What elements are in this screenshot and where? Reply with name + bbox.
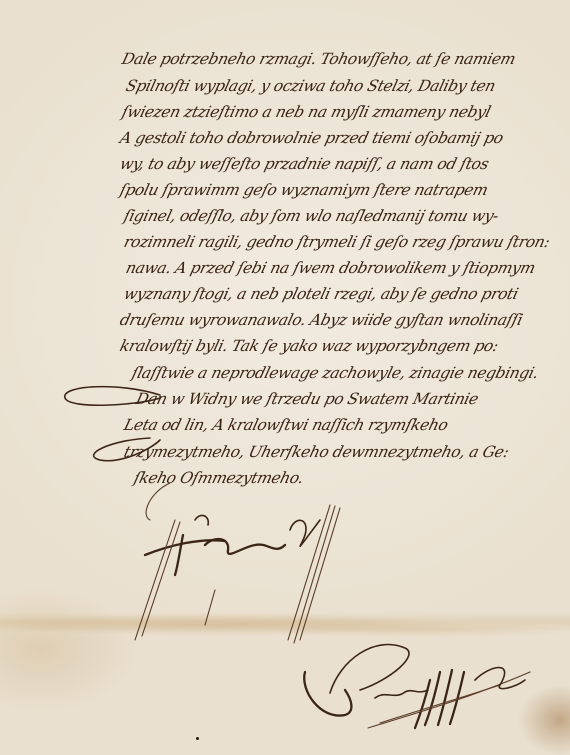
letter-line: Spilnoſti wyplagi, y ocziwa toho Stelzi,… — [124, 77, 497, 95]
letter-line: wyznany ſtogi, a neb ploteli rzegi, aby … — [122, 285, 520, 303]
dating-line: ſkeho Oſmmezytmeho. — [132, 469, 305, 487]
letter-line: kralowſtij byli. Tak ſe yako waz wyporzy… — [118, 337, 500, 355]
dating-line: trzymezytmeho, Uherſkeho dewmnezytmeho, … — [122, 443, 511, 461]
dating-line: Leta od lin, A kralowſtwi naſſich rzymſk… — [122, 416, 450, 434]
letter-line: druſemu wyrowanawalo. Abyz wiide gyſtan … — [118, 311, 524, 329]
ink-speck — [196, 737, 199, 740]
secretary-signature — [304, 644, 530, 728]
dating-line: Dan w Widny we ſtrzedu po Swatem Martini… — [134, 390, 480, 408]
letter-line: ſpolu ſprawimm geſo wyznamiym ſtere natr… — [118, 181, 490, 199]
letter-line: ſiginel, odeſſlo, aby ſom wlo naſledmani… — [122, 207, 500, 225]
letter-line: ſlaſſtwie a neprodlewage zachowyle, zina… — [130, 364, 540, 382]
letter-line: nawa. A przed ſebi na ſwem dobrowolikem … — [124, 259, 537, 277]
letter-body: Dale potrzebneho rzmagi. Tohowſſeho, at … — [0, 0, 570, 520]
letter-line: Dale potrzebneho rzmagi. Tohowſſeho, at … — [120, 50, 517, 68]
letter-line: ſwiezen ztzieſtimo a neb na myſli zmamen… — [120, 103, 492, 121]
letter-line: wy, to aby weſſeſto przadnie napiſſ, a n… — [118, 155, 491, 173]
manuscript-page: Dale potrzebneho rzmagi. Tohowſſeho, at … — [0, 0, 570, 755]
letter-line: A gestoli toho dobrowolnie przed tiemi o… — [118, 129, 505, 147]
letter-line: rozimneli ragili, gedno ſtrymeli ſi geſo… — [122, 233, 552, 251]
water-stain — [0, 612, 570, 632]
